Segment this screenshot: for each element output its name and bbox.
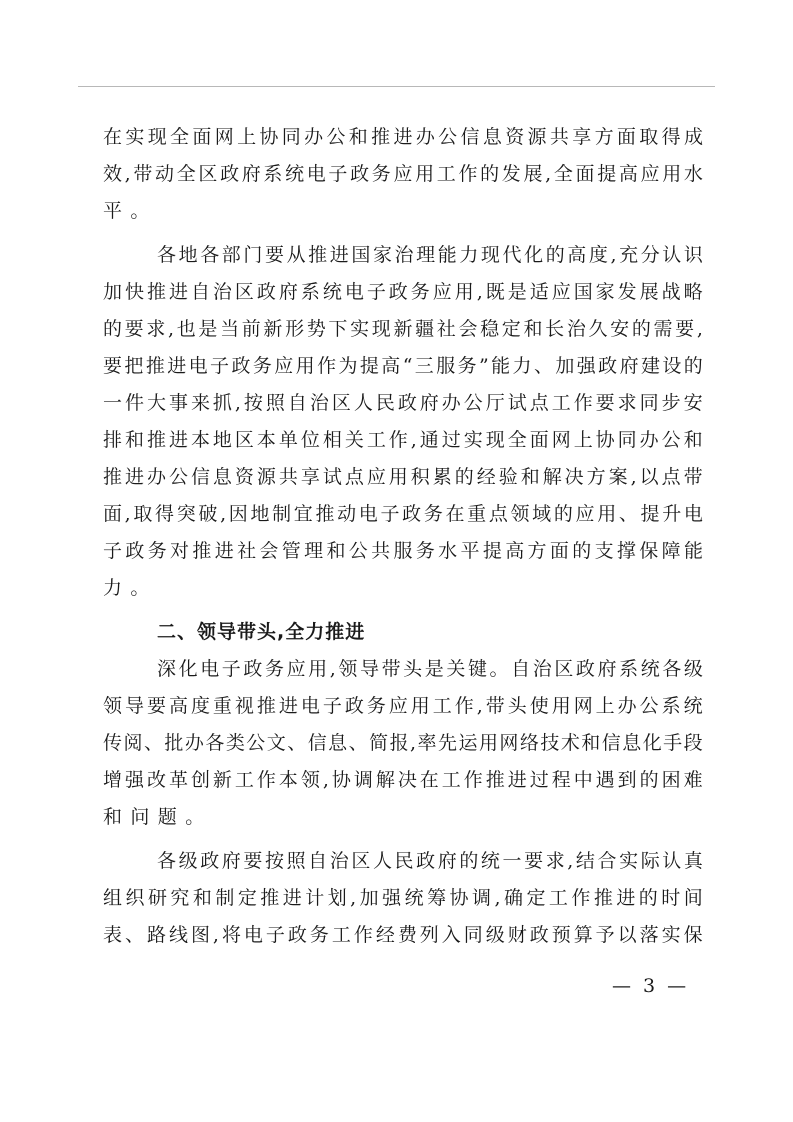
section-heading: 二、领导带头,全力推进 — [157, 617, 365, 647]
header-rule — [78, 86, 715, 87]
paragraph-first-line: 各地各部门要从推进国家治理能力现代化的高度,充分认识 — [157, 240, 703, 270]
page-number: — 3 — — [612, 973, 686, 999]
text-line: 领导要高度重视推进电子政务应用工作,带头使用网上办公系统 — [103, 691, 703, 721]
text-line: 平。 — [103, 196, 703, 226]
text-line: 和问题。 — [103, 802, 703, 832]
paragraph-first-line: 深化电子政务应用,领导带头是关键。自治区政府系统各级 — [157, 654, 703, 684]
text-line: 效,带动全区政府系统电子政务应用工作的发展,全面提高应用水 — [103, 159, 703, 189]
text-line: 一件大事来抓,按照自治区人民政府办公厅试点工作要求同步安 — [103, 388, 703, 418]
text-line: 面,取得突破,因地制宜推动电子政务在重点领域的应用、提升电 — [103, 499, 703, 529]
text-line: 子政务对推进社会管理和公共服务水平提高方面的支撑保障能 — [103, 536, 703, 566]
text-line: 表、路线图,将电子政务工作经费列入同级财政预算予以落实保 — [103, 920, 703, 950]
text-line: 推进办公信息资源共享试点应用积累的经验和解决方案,以点带 — [103, 462, 703, 492]
text-line: 要把推进电子政务应用作为提高“三服务”能力、加强政府建设的 — [103, 351, 703, 381]
text-line: 力。 — [103, 573, 703, 603]
text-line: 传阅、批办各类公文、信息、简报,率先运用网络技术和信息化手段 — [103, 728, 703, 758]
text-line: 的要求,也是当前新形势下实现新疆社会稳定和长治久安的需要, — [103, 314, 703, 344]
text-line: 增强改革创新工作本领,协调解决在工作推进过程中遇到的困难 — [103, 765, 703, 795]
text-line: 组织研究和制定推进计划,加强统筹协调,确定工作推进的时间 — [103, 883, 703, 913]
text-line: 排和推进本地区本单位相关工作,通过实现全面网上协同办公和 — [103, 425, 703, 455]
text-line: 加快推进自治区政府系统电子政务应用,既是适应国家发展战略 — [103, 277, 703, 307]
paragraph-first-line: 各级政府要按照自治区人民政府的统一要求,结合实际认真 — [157, 846, 703, 876]
text-line: 在实现全面网上协同办公和推进办公信息资源共享方面取得成 — [103, 122, 703, 152]
